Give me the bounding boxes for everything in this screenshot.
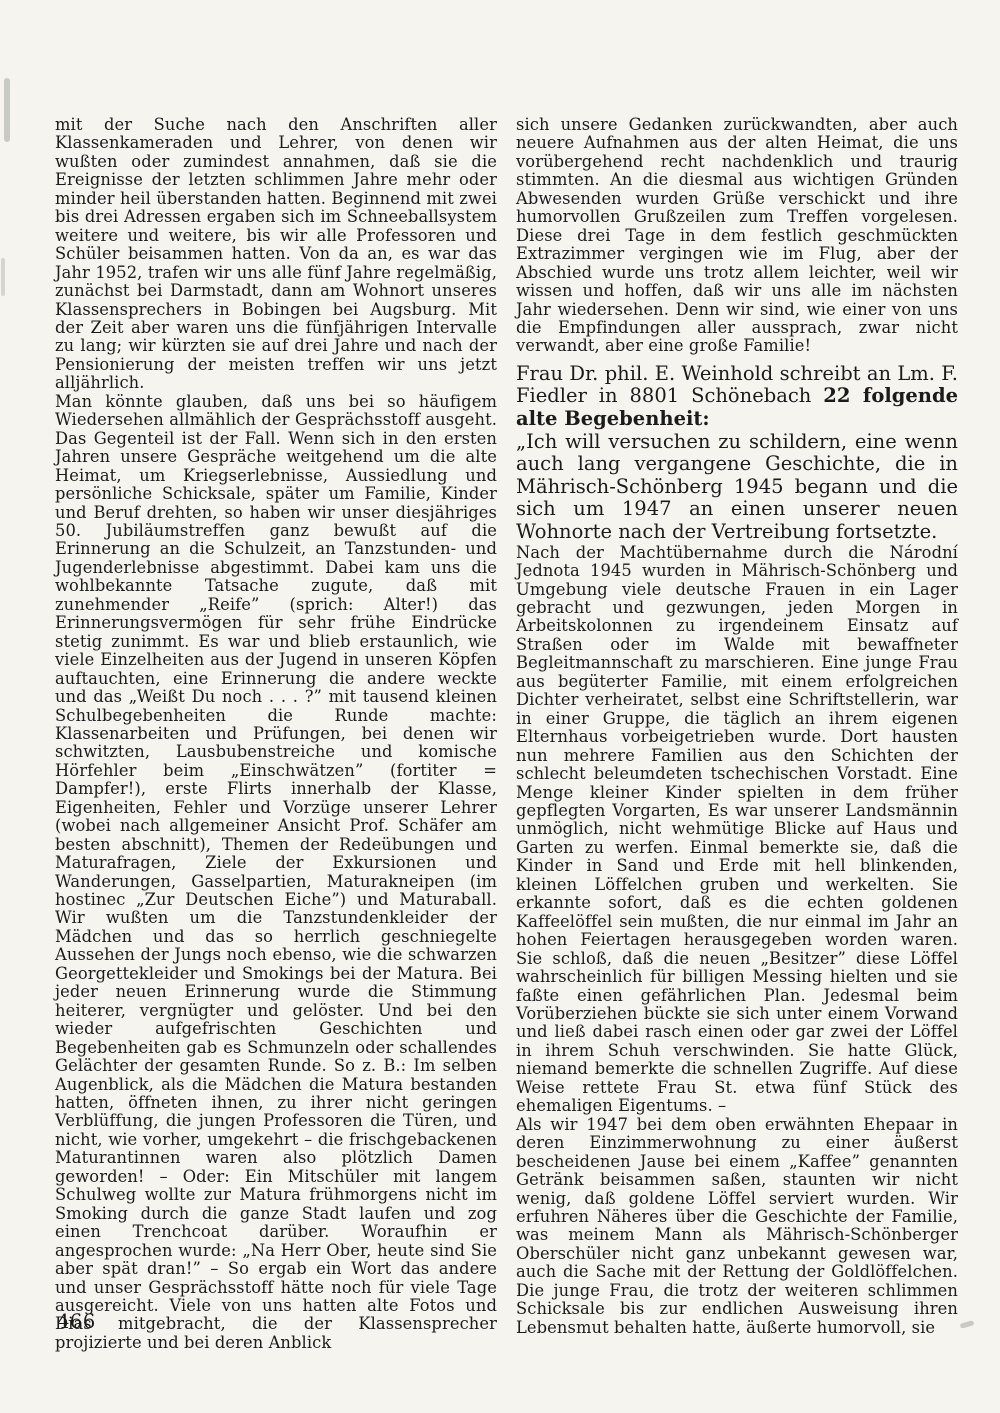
paragraph-column-continuation: sich unsere Gedanken zurückwandten, aber… [516, 116, 958, 356]
letter-opening-quote: „Ich will versuchen zu schildern, eine w… [516, 431, 958, 544]
scan-mark-artifact [960, 1320, 975, 1328]
scan-smudge-artifact [1, 258, 5, 296]
paragraph-1947-visit: Als wir 1947 bei dem oben erwähnten Ehep… [516, 1116, 958, 1337]
scanned-book-page: mit der Suche nach den Anschriften aller… [0, 0, 1000, 1413]
page-number: 466 [57, 1310, 96, 1333]
two-column-text-area: mit der Suche nach den Anschriften aller… [55, 116, 958, 1352]
letter-introduction-heading: Frau Dr. phil. E. Weinhold schreibt an L… [516, 363, 958, 431]
paragraph-reunion-memories: Man könnte glauben, daß uns bei so häufi… [55, 393, 497, 1353]
scan-smudge-artifact [4, 78, 10, 142]
left-column: mit der Suche nach den Anschriften aller… [55, 116, 497, 1352]
paragraph-spoon-story: Nach der Machtübernahme durch die Národn… [516, 544, 958, 1116]
right-column: sich unsere Gedanken zurückwandten, aber… [516, 116, 958, 1352]
paragraph-continuation-from-previous-page: mit der Suche nach den Anschriften aller… [55, 116, 497, 393]
